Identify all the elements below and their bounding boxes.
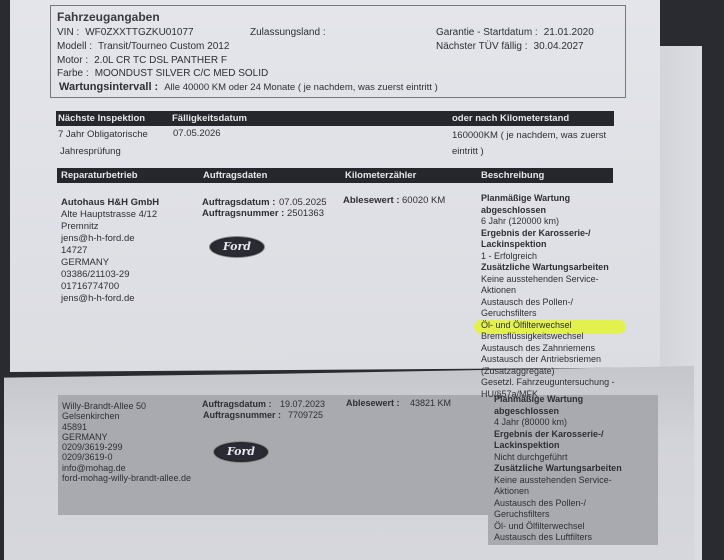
order-number-label: Auftragsnummer : <box>202 208 284 220</box>
header-order-data: Auftragsdaten <box>203 168 267 183</box>
order-number: 7709725 <box>288 410 323 422</box>
odometer-label: Ablesewert : <box>343 195 400 207</box>
description-line: abgeschlossen <box>494 406 622 418</box>
model-label: Modell : <box>57 41 92 52</box>
dealer-lines: Autohaus H&H GmbH Alte Hauptstrasse 4/12… <box>61 197 159 305</box>
tuv-row: Nächster TÜV fällig :30.04.2027 <box>436 41 584 52</box>
dealer-lines: Willy-Brandt-Allee 50 Gelsenkirchen 4589… <box>62 401 191 483</box>
ford-logo-icon: Ford <box>209 236 265 258</box>
inspection-km-line1: 160000KM ( je nachdem, was zuerst <box>452 130 606 142</box>
dealer-mobile: 01716774700 <box>61 281 159 293</box>
inspection-km-line2: eintritt ) <box>452 146 484 158</box>
inspection-name-line2: Jahresprüfung <box>60 146 121 158</box>
description-line: Öl- und Ölfilterwechsel <box>481 320 615 332</box>
tuv-value: 30.04.2027 <box>534 41 584 52</box>
dealer-country: GERMANY <box>61 257 159 269</box>
dealer-street: Alte Hauptstrasse 4/12 <box>61 209 159 221</box>
description-line: Aktionen <box>494 486 622 498</box>
description-line: Austausch des Pollen-/ <box>494 498 622 510</box>
header-description: Beschreibung <box>481 168 544 183</box>
engine-label: Motor : <box>57 55 88 66</box>
description-list: Planmäßige Wartungabgeschlossen4 Jahr (8… <box>494 394 622 544</box>
dealer-city: Premnitz <box>61 221 159 233</box>
description-line: Planmäßige Wartung <box>481 193 615 205</box>
dealer-zip: 14727 <box>61 245 159 257</box>
dealer-email-2: jens@h-h-ford.de <box>61 293 159 305</box>
description-line: Lackinspektion <box>481 239 615 251</box>
header-dealer: Reparaturbetrieb <box>61 168 138 183</box>
description-line: Gesetzl. Fahrzeuguntersuchung - <box>481 377 615 389</box>
vin-row: VIN :WF0ZXXTTGZKU01077 <box>57 27 194 38</box>
order-number: 2501363 <box>287 208 324 220</box>
vehicle-section-title: Fahrzeugangaben <box>57 10 160 24</box>
description-line: Geruchsfilters <box>494 509 622 521</box>
color-value: MOONDUST SILVER C/C MED SOLID <box>95 68 269 79</box>
description-line: Geruchsfilters <box>481 308 615 320</box>
inspection-name-line1: 7 Jahr Obligatorische <box>58 129 148 141</box>
country-label: Zulassungsland : <box>250 27 326 38</box>
description-line: Öl- und Ölfilterwechsel <box>494 521 622 533</box>
interval-value: Alle 40000 KM oder 24 Monate ( je nachde… <box>164 82 438 93</box>
dealer-email: info@mohag.de <box>62 463 191 473</box>
dealer-phone: 0209/3619-299 <box>62 442 191 452</box>
description-line: Zusätzliche Wartungsarbeiten <box>494 463 622 475</box>
dealer-phone-2: 0209/3619-0 <box>62 452 191 462</box>
header-odometer: Kilometerzähler <box>345 168 416 183</box>
description-line: Ergebnis der Karosserie-/ <box>481 228 615 240</box>
description-line: Planmäßige Wartung <box>494 394 622 406</box>
model-row: Modell :Transit/Tourneo Custom 2012 <box>57 41 229 52</box>
engine-row: Motor :2.0L CR TC DSL PANTHER F <box>57 55 227 66</box>
description-line: abgeschlossen <box>481 205 615 217</box>
description-line: Lackinspektion <box>494 440 622 452</box>
description-line: Aktionen <box>481 285 615 297</box>
description-line: 4 Jahr (80000 km) <box>494 417 622 429</box>
odometer-value: 60020 KM <box>402 195 445 207</box>
description-line: 1 - Erfolgreich <box>481 251 615 263</box>
description-list: Planmäßige Wartungabgeschlossen6 Jahr (1… <box>481 193 615 400</box>
description-line: Bremsflüssigkeitswechsel <box>481 331 615 343</box>
header-km: oder nach Kilometerstand <box>452 111 569 126</box>
description-line: Austausch des Luftfilters <box>494 532 622 544</box>
history-header-bar: Reparaturbetrieb Auftragsdaten Kilometer… <box>57 168 613 183</box>
description-line-highlighted: Austausch des Zahnriemens <box>481 343 615 355</box>
color-label: Farbe : <box>57 68 89 79</box>
order-date: 19.07.2023 <box>280 399 325 411</box>
tuv-label: Nächster TÜV fällig : <box>436 41 528 52</box>
inspection-header-bar: Nächste Inspektion Fälligkeitsdatum oder… <box>56 111 614 126</box>
ford-logo-icon: Ford <box>213 441 269 463</box>
model-value: Transit/Tourneo Custom 2012 <box>98 41 229 52</box>
description-line: Nicht durchgeführt <box>494 452 622 464</box>
description-line: Austausch des Pollen-/ <box>481 297 615 309</box>
vin-label: VIN : <box>57 27 79 38</box>
dealer-website: ford-mohag-willy-brandt-allee.de <box>62 473 191 483</box>
dealer-street: Willy-Brandt-Allee 50 <box>62 401 191 411</box>
engine-value: 2.0L CR TC DSL PANTHER F <box>94 55 227 66</box>
description-line: (Zusatzaggregate) <box>481 366 615 378</box>
interval-label: Wartungsintervall : <box>59 81 158 93</box>
inspection-due-date: 07.05.2026 <box>173 128 221 140</box>
dealer-zip: 45891 <box>62 422 191 432</box>
dealer-phone: 03386/21103-29 <box>61 269 159 281</box>
description-line: Ergebnis der Karosserie-/ <box>494 429 622 441</box>
warranty-value: 21.01.2020 <box>544 27 594 38</box>
description-line: Keine ausstehenden Service- <box>494 475 622 487</box>
interval-row: Wartungsintervall :Alle 40000 KM oder 24… <box>59 81 438 93</box>
dealer-city: Gelsenkirchen <box>62 411 191 421</box>
header-next-inspection: Nächste Inspektion <box>58 111 145 126</box>
dealer-country: GERMANY <box>62 432 191 442</box>
order-date-label: Auftragsdatum : <box>202 399 272 411</box>
header-due-date: Fälligkeitsdatum <box>172 111 247 126</box>
description-line: Zusätzliche Wartungsarbeiten <box>481 262 615 274</box>
description-line: Keine ausstehenden Service- <box>481 274 615 286</box>
order-number-label: Auftragsnummer : <box>203 410 281 422</box>
dealer-name: Autohaus H&H GmbH <box>61 197 159 209</box>
odometer-label: Ablesewert : <box>346 398 400 410</box>
warranty-row: Garantie - Startdatum :21.01.2020 <box>436 27 594 38</box>
country-row: Zulassungsland : <box>250 27 332 38</box>
warranty-label: Garantie - Startdatum : <box>436 27 538 38</box>
description-line: 6 Jahr (120000 km) <box>481 216 615 228</box>
vin-value: WF0ZXXTTGZKU01077 <box>85 27 193 38</box>
color-row: Farbe :MOONDUST SILVER C/C MED SOLID <box>57 68 268 79</box>
odometer-value: 43821 KM <box>410 398 451 410</box>
description-line: Austausch der Antriebsriemen <box>481 354 615 366</box>
dealer-email: jens@h-h-ford.de <box>61 233 159 245</box>
